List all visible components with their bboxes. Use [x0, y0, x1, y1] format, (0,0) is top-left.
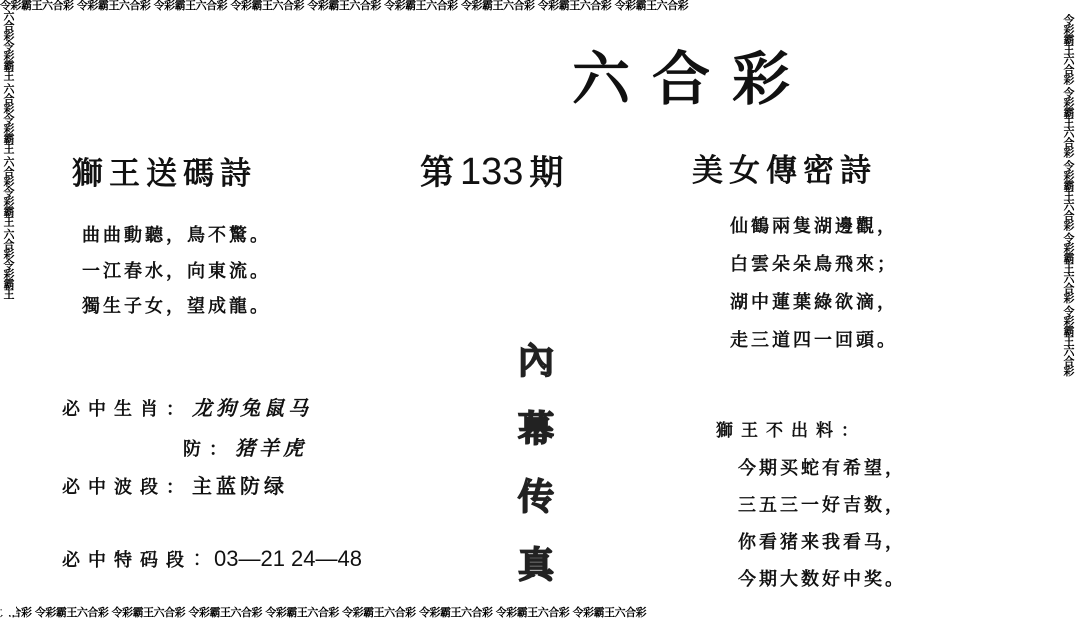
lion-poem-line: 你看猪来我看马，: [738, 524, 906, 561]
top-border-text: 令彩霸王六合彩 令彩霸王六合彩 令彩霸王六合彩 令彩霸王六合彩 令彩霸王六合彩 …: [0, 0, 688, 11]
zodiac-row: 必中生肖：龙狗兔鼠马: [62, 392, 312, 421]
lion-poem-line: 今期大数好中奖。: [738, 561, 906, 598]
issue-number: 第133期: [420, 145, 563, 194]
right-border-pattern: 令彩霸王六合彩 令彩霸王六合彩 令彩霸王六合彩 令彩霸王六合彩 令彩霸王六合彩: [1062, 14, 1078, 614]
bottom-border-pattern: 六合彩 令彩霸王六合彩 令彩霸王六合彩 令彩霸王六合彩 令彩霸王六合彩 令彩霸王…: [0, 606, 1080, 620]
vertical-char: 內: [518, 340, 554, 384]
guard-row: 防：猪羊虎: [183, 432, 307, 461]
left-poem-line: 一江春水，向東流。: [82, 254, 271, 290]
issue-value: 133: [460, 151, 523, 193]
left-poem-line: 曲曲動聽，鳥不驚。: [82, 218, 271, 254]
right-poem-line: 走三道四一回頭。: [730, 322, 898, 360]
lion-poem-line: 三五三一好吉数，: [738, 487, 906, 524]
right-heading: 美女傳密詩: [692, 145, 877, 190]
special-code-value: ：03—21 24—48: [192, 546, 362, 571]
wave-row: 必中波段：主蓝防绿: [62, 470, 288, 499]
special-code-row: 必中特码段：03—21 24—48: [62, 542, 362, 573]
lion-title: 獅王不出料：: [716, 416, 866, 441]
left-heading: 獅王送碼詩: [72, 148, 257, 193]
vertical-char: 幕: [518, 408, 554, 452]
right-poem-line: 白雲朵朵鳥飛來；: [730, 246, 898, 284]
top-border-pattern: 令彩霸王六合彩 令彩霸王六合彩 令彩霸王六合彩 令彩霸王六合彩 令彩霸王六合彩 …: [0, 0, 1080, 12]
right-poem-line: 仙鶴兩隻湖邊觀，: [730, 208, 898, 246]
issue-suffix: 期: [529, 153, 563, 193]
right-border-text: 令彩霸王六合彩 令彩霸王六合彩 令彩霸王六合彩 令彩霸王六合彩 令彩霸王六合彩: [1062, 14, 1074, 375]
wave-value: 主蓝防绿: [192, 474, 288, 498]
zodiac-label: 必中生肖：: [62, 399, 192, 420]
lion-poem: 今期买蛇有希望， 三五三一好吉数， 你看猪来我看马， 今期大数好中奖。: [738, 450, 906, 598]
zodiac-value: 龙狗兔鼠马: [192, 396, 312, 420]
right-poem-line: 湖中蓮葉綠欲滴，: [730, 284, 898, 322]
vertical-char: 真: [518, 544, 554, 588]
page-title: 六合彩: [572, 32, 812, 116]
issue-prefix: 第: [420, 153, 454, 193]
special-code-label: 必中特码段: [62, 550, 192, 571]
insider-fax-vertical-title: 內 幕 传 真: [511, 340, 561, 588]
vertical-char: 传: [518, 476, 554, 520]
guard-label: 防：: [183, 439, 235, 460]
left-poem-line: 獨生子女，望成龍。: [82, 289, 271, 325]
left-border-text: 六合彩令彩霸王 六合彩令彩霸王 六合彩令彩霸王 六合彩令彩霸王: [2, 10, 14, 299]
guard-value: 猪羊虎: [235, 436, 307, 460]
left-border-pattern: 六合彩令彩霸王 六合彩令彩霸王 六合彩令彩霸王 六合彩令彩霸王: [2, 10, 16, 615]
bottom-border-text: 六合彩 令彩霸王六合彩 令彩霸王六合彩 令彩霸王六合彩 令彩霸王六合彩 令彩霸王…: [0, 606, 646, 620]
left-poem: 曲曲動聽，鳥不驚。 一江春水，向東流。 獨生子女，望成龍。: [82, 218, 271, 325]
wave-label: 必中波段：: [62, 477, 192, 498]
lion-poem-line: 今期买蛇有希望，: [738, 450, 906, 487]
right-poem: 仙鶴兩隻湖邊觀， 白雲朵朵鳥飛來； 湖中蓮葉綠欲滴， 走三道四一回頭。: [730, 208, 898, 360]
